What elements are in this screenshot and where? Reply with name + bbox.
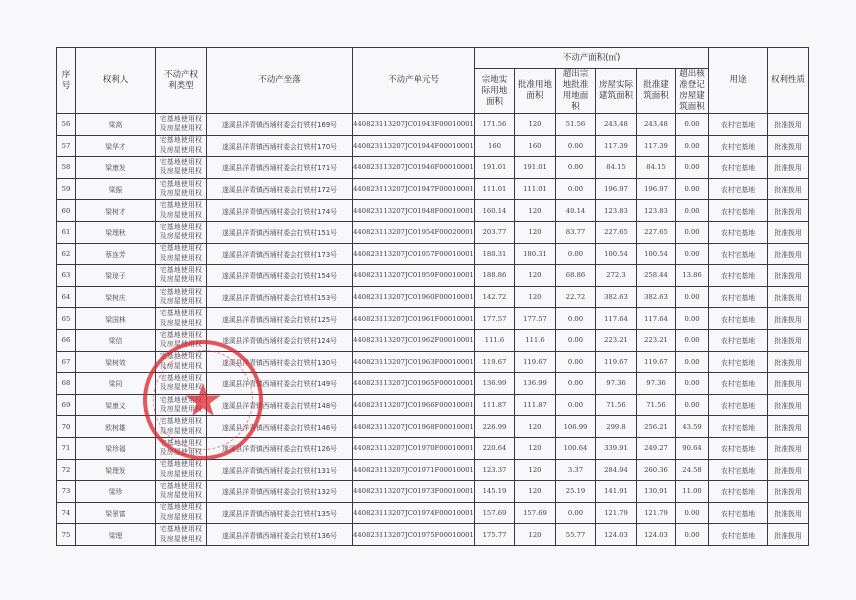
row-actual-land-area: 160 [475, 135, 515, 157]
row-owner: 欧树雄 [76, 416, 156, 438]
row-excess-land-area: 0.00 [556, 502, 596, 524]
row-unit-no: 440823113207JC01943F00010001 [353, 114, 475, 136]
row-actual-land-area: 111.6 [475, 329, 515, 351]
row-approved-land-area: 191.01 [515, 157, 556, 179]
row-excess-land-area: 0.00 [556, 351, 596, 373]
row-actual-land-area: 175.77 [475, 524, 515, 546]
table-row: 64梁树庆宅基地使用权及房屋使用权遂溪县洋青镇西埇村委会打铁村153号44082… [57, 286, 809, 308]
row-nature: 批准拨用 [768, 178, 809, 200]
row-seq: 70 [57, 416, 76, 438]
row-approved-building-area: 382.63 [637, 286, 676, 308]
row-right-type: 宅基地使用权及房屋使用权 [156, 351, 207, 373]
row-excess-building-area: 0.00 [676, 135, 709, 157]
row-actual-building-area: 227.65 [596, 221, 637, 243]
row-excess-building-area: 0.00 [676, 243, 709, 265]
row-excess-land-area: 106.99 [556, 416, 596, 438]
row-actual-land-area: 111.87 [475, 394, 515, 416]
row-usage: 农村宅基地 [709, 200, 768, 222]
row-approved-land-area: 120 [515, 286, 556, 308]
row-approved-building-area: 249.27 [637, 437, 676, 459]
table-row: 73梁珍宅基地使用权及房屋使用权遂溪县洋青镇西埇村委会打铁村132号440823… [57, 481, 809, 503]
table-row: 65梁国林宅基地使用权及房屋使用权遂溪县洋青镇西埇村委会打铁村125号44082… [57, 308, 809, 330]
row-nature: 批准拨用 [768, 286, 809, 308]
row-approved-land-area: 120 [515, 200, 556, 222]
header-approved-land-area: 批准用地面积 [515, 69, 556, 114]
table-row: 60梁树才宅基地使用权及房屋使用权遂溪县洋青镇西埇村委会打铁村174号44082… [57, 200, 809, 222]
row-seq: 72 [57, 459, 76, 481]
row-usage: 农村宅基地 [709, 373, 768, 395]
row-approved-land-area: 120 [515, 221, 556, 243]
row-excess-building-area: 0.00 [676, 200, 709, 222]
row-owner: 梁康发 [76, 157, 156, 179]
row-actual-land-area: 157.69 [475, 502, 515, 524]
row-right-type: 宅基地使用权及房屋使用权 [156, 481, 207, 503]
table-row: 62蔡连芳宅基地使用权及房屋使用权遂溪县洋青镇西埇村委会打铁村173号44082… [57, 243, 809, 265]
row-usage: 农村宅基地 [709, 394, 768, 416]
row-usage: 农村宅基地 [709, 243, 768, 265]
row-nature: 批准拨用 [768, 437, 809, 459]
row-location: 遂溪县洋青镇西埇村委会打铁村135号 [207, 502, 353, 524]
header-seq: 序号 [57, 48, 76, 114]
row-usage: 农村宅基地 [709, 178, 768, 200]
row-approved-building-area: 243.48 [637, 114, 676, 136]
row-nature: 批准拨用 [768, 351, 809, 373]
table-row: 56梁高宅基地使用权及房屋使用权遂溪县洋青镇西埇村委会打铁村169号440823… [57, 114, 809, 136]
register-rows: 56梁高宅基地使用权及房屋使用权遂溪县洋青镇西埇村委会打铁村169号440823… [57, 114, 809, 546]
row-approved-land-area: 180.31 [515, 243, 556, 265]
row-unit-no: 440823113207JC01960F00010001 [353, 286, 475, 308]
row-unit-no: 440823113207JC01948F00010001 [353, 200, 475, 222]
row-approved-land-area: 160 [515, 135, 556, 157]
row-unit-no: 440823113207JC01946F00010001 [353, 157, 475, 179]
row-excess-land-area: 68.86 [556, 265, 596, 287]
row-excess-land-area: 83.77 [556, 221, 596, 243]
row-location: 遂溪县洋青镇西埇村委会打铁村153号 [207, 286, 353, 308]
row-excess-land-area: 100.64 [556, 437, 596, 459]
row-nature: 批准拨用 [768, 416, 809, 438]
table-row: 63梁琼子宅基地使用权及房屋使用权遂溪县洋青镇西埇村委会打铁村154号44082… [57, 265, 809, 287]
row-excess-building-area: 11.00 [676, 481, 709, 503]
row-owner: 梁国林 [76, 308, 156, 330]
row-location: 遂溪县洋青镇西埇村委会打铁村136号 [207, 524, 353, 546]
header-area-group: 不动产面积(㎡) [475, 48, 709, 69]
row-excess-building-area: 0.00 [676, 178, 709, 200]
row-excess-building-area: 90.64 [676, 437, 709, 459]
row-nature: 批准拨用 [768, 221, 809, 243]
row-approved-building-area: 71.56 [637, 394, 676, 416]
row-owner: 蔡连芳 [76, 243, 156, 265]
row-actual-building-area: 100.54 [596, 243, 637, 265]
row-right-type: 宅基地使用权及房屋使用权 [156, 329, 207, 351]
row-location: 遂溪县洋青镇西埇村委会打铁村172号 [207, 178, 353, 200]
row-unit-no: 440823113207JC01968F00010001 [353, 416, 475, 438]
row-actual-land-area: 203.77 [475, 221, 515, 243]
row-actual-land-area: 136.99 [475, 373, 515, 395]
row-seq: 73 [57, 481, 76, 503]
row-excess-building-area: 0.00 [676, 114, 709, 136]
row-nature: 批准拨用 [768, 157, 809, 179]
row-excess-land-area: 0.00 [556, 329, 596, 351]
row-location: 遂溪县洋青镇西埇村委会打铁村171号 [207, 157, 353, 179]
row-approved-land-area: 157.69 [515, 502, 556, 524]
header-owner: 权利人 [76, 48, 156, 114]
row-seq: 59 [57, 178, 76, 200]
row-right-type: 宅基地使用权及房屋使用权 [156, 200, 207, 222]
row-actual-building-area: 121.79 [596, 502, 637, 524]
row-excess-building-area: 0.00 [676, 308, 709, 330]
row-approved-land-area: 120 [515, 114, 556, 136]
row-seq: 74 [57, 502, 76, 524]
row-approved-land-area: 111.01 [515, 178, 556, 200]
row-actual-building-area: 196.97 [596, 178, 637, 200]
row-usage: 农村宅基地 [709, 308, 768, 330]
row-approved-land-area: 120 [515, 481, 556, 503]
row-nature: 批准拨用 [768, 200, 809, 222]
row-usage: 农村宅基地 [709, 481, 768, 503]
row-usage: 农村宅基地 [709, 502, 768, 524]
row-approved-land-area: 177.57 [515, 308, 556, 330]
row-usage: 农村宅基地 [709, 265, 768, 287]
row-actual-building-area: 84.15 [596, 157, 637, 179]
row-nature: 批准拨用 [768, 243, 809, 265]
row-actual-building-area: 71.56 [596, 394, 637, 416]
row-location: 遂溪县洋青镇西埇村委会打铁村149号 [207, 373, 353, 395]
row-excess-land-area: 0.00 [556, 373, 596, 395]
row-seq: 65 [57, 308, 76, 330]
row-approved-building-area: 117.39 [637, 135, 676, 157]
row-right-type: 宅基地使用权及房屋使用权 [156, 437, 207, 459]
row-actual-building-area: 272.3 [596, 265, 637, 287]
row-excess-building-area: 0.00 [676, 221, 709, 243]
row-location: 遂溪县洋青镇西埇村委会打铁村170号 [207, 135, 353, 157]
row-unit-no: 440823113207JC01970F00010001 [353, 437, 475, 459]
table-row: 59梁振宅基地使用权及房屋使用权遂溪县洋青镇西埇村委会打铁村172号440823… [57, 178, 809, 200]
row-approved-land-area: 136.99 [515, 373, 556, 395]
row-location: 遂溪县洋青镇西埇村委会打铁村131号 [207, 459, 353, 481]
row-excess-building-area: 0.00 [676, 157, 709, 179]
row-seq: 60 [57, 200, 76, 222]
row-seq: 68 [57, 373, 76, 395]
row-nature: 批准拨用 [768, 373, 809, 395]
row-approved-building-area: 196.97 [637, 178, 676, 200]
row-actual-building-area: 117.39 [596, 135, 637, 157]
row-unit-no: 440823113207JC01963F00010001 [353, 351, 475, 373]
header-excess-land-area: 超出宗地批准用地面积 [556, 69, 596, 114]
row-seq: 66 [57, 329, 76, 351]
row-excess-land-area: 25.19 [556, 481, 596, 503]
header-actual-land-area: 宗地实际用地面积 [475, 69, 515, 114]
row-excess-land-area: 40.14 [556, 200, 596, 222]
row-excess-land-area: 0.00 [556, 135, 596, 157]
row-seq: 67 [57, 351, 76, 373]
row-right-type: 宅基地使用权及房屋使用权 [156, 394, 207, 416]
row-location: 遂溪县洋青镇西埇村委会打铁村148号 [207, 394, 353, 416]
header-actual-building-area: 房屋实际建筑面积 [596, 69, 637, 114]
header-usage: 用途 [709, 48, 768, 114]
row-nature: 批准拨用 [768, 502, 809, 524]
header-approved-building-area: 批准建筑面积 [637, 69, 676, 114]
row-actual-land-area: 145.19 [475, 481, 515, 503]
row-nature: 批准拨用 [768, 459, 809, 481]
table-row: 68梁同宅基地使用权及房屋使用权遂溪县洋青镇西埇村委会打铁村149号440823… [57, 373, 809, 395]
row-approved-building-area: 100.54 [637, 243, 676, 265]
row-location: 遂溪县洋青镇西埇村委会打铁村151号 [207, 221, 353, 243]
table-row: 71梁珍福宅基地使用权及房屋使用权遂溪县洋青镇西埇村委会打铁村126号44082… [57, 437, 809, 459]
row-location: 遂溪县洋青镇西埇村委会打铁村124号 [207, 329, 353, 351]
row-usage: 农村宅基地 [709, 524, 768, 546]
row-approved-land-area: 111.6 [515, 329, 556, 351]
row-unit-no: 440823113207JC01962F00010001 [353, 329, 475, 351]
row-usage: 农村宅基地 [709, 135, 768, 157]
row-right-type: 宅基地使用权及房屋使用权 [156, 135, 207, 157]
row-excess-building-area: 0.00 [676, 524, 709, 546]
row-nature: 批准拨用 [768, 135, 809, 157]
row-unit-no: 440823113207JC01975F00010001 [353, 524, 475, 546]
row-excess-building-area: 13.86 [676, 265, 709, 287]
row-unit-no: 440823113207JC01961F00010001 [353, 308, 475, 330]
row-unit-no: 440823113207JC01954F00020001 [353, 221, 475, 243]
row-actual-building-area: 97.36 [596, 373, 637, 395]
row-location: 遂溪县洋青镇西埇村委会打铁村146号 [207, 416, 353, 438]
row-right-type: 宅基地使用权及房屋使用权 [156, 524, 207, 546]
row-actual-building-area: 339.91 [596, 437, 637, 459]
row-usage: 农村宅基地 [709, 459, 768, 481]
row-right-type: 宅基地使用权及房屋使用权 [156, 157, 207, 179]
row-unit-no: 440823113207JC01965F00010001 [353, 373, 475, 395]
table-row: 70欧树雄宅基地使用权及房屋使用权遂溪县洋青镇西埇村委会打铁村146号44082… [57, 416, 809, 438]
row-excess-building-area: 0.00 [676, 373, 709, 395]
row-location: 遂溪县洋青镇西埇村委会打铁村126号 [207, 437, 353, 459]
table-row: 58梁康发宅基地使用权及房屋使用权遂溪县洋青镇西埇村委会打铁村171号44082… [57, 157, 809, 179]
row-right-type: 宅基地使用权及房屋使用权 [156, 286, 207, 308]
row-unit-no: 440823113207JC01957F00010001 [353, 243, 475, 265]
row-unit-no: 440823113207JC01971F00010001 [353, 459, 475, 481]
row-usage: 农村宅基地 [709, 329, 768, 351]
row-usage: 农村宅基地 [709, 114, 768, 136]
document-page: 序号 权利人 不动产权利类型 不动产坐落 不动产单元号 不动产面积(㎡) 用途 … [0, 0, 856, 600]
row-excess-land-area: 3.37 [556, 459, 596, 481]
row-actual-land-area: 160.14 [475, 200, 515, 222]
row-excess-land-area: 22.72 [556, 286, 596, 308]
row-owner: 梁理秋 [76, 221, 156, 243]
row-approved-land-area: 119.67 [515, 351, 556, 373]
table-row: 72梁理发宅基地使用权及房屋使用权遂溪县洋青镇西埇村委会打铁村131号44082… [57, 459, 809, 481]
row-right-type: 宅基地使用权及房屋使用权 [156, 502, 207, 524]
row-right-type: 宅基地使用权及房屋使用权 [156, 243, 207, 265]
row-unit-no: 440823113207JC01966F00010001 [353, 394, 475, 416]
row-actual-land-area: 111.01 [475, 178, 515, 200]
row-excess-land-area: 51.56 [556, 114, 596, 136]
table-row: 75梁理宅基地使用权及房屋使用权遂溪县洋青镇西埇村委会打铁村136号440823… [57, 524, 809, 546]
row-excess-land-area: 0.00 [556, 243, 596, 265]
row-owner: 梁康义 [76, 394, 156, 416]
row-owner: 梁华才 [76, 135, 156, 157]
row-actual-land-area: 123.37 [475, 459, 515, 481]
row-right-type: 宅基地使用权及房屋使用权 [156, 416, 207, 438]
row-approved-building-area: 130.91 [637, 481, 676, 503]
row-owner: 梁同 [76, 373, 156, 395]
row-approved-building-area: 97.36 [637, 373, 676, 395]
table-row: 66梁信宅基地使用权及房屋使用权遂溪县洋青镇西埇村委会打铁村124号440823… [57, 329, 809, 351]
row-actual-building-area: 124.03 [596, 524, 637, 546]
header-excess-building-area: 超出核准登记房屋建筑面积 [676, 69, 709, 114]
row-owner: 梁树庆 [76, 286, 156, 308]
row-owner: 梁景富 [76, 502, 156, 524]
row-right-type: 宅基地使用权及房屋使用权 [156, 221, 207, 243]
table-row: 57梁华才宅基地使用权及房屋使用权遂溪县洋青镇西埇村委会打铁村170号44082… [57, 135, 809, 157]
row-approved-building-area: 121.79 [637, 502, 676, 524]
row-actual-land-area: 226.99 [475, 416, 515, 438]
row-excess-building-area: 0.00 [676, 286, 709, 308]
row-usage: 农村宅基地 [709, 416, 768, 438]
row-approved-land-area: 120 [515, 416, 556, 438]
row-actual-building-area: 243.48 [596, 114, 637, 136]
header-unit-no: 不动产单元号 [353, 48, 475, 114]
row-seq: 62 [57, 243, 76, 265]
row-owner: 梁高 [76, 114, 156, 136]
row-owner: 梁树效 [76, 351, 156, 373]
row-owner: 梁振 [76, 178, 156, 200]
header-location: 不动产坐落 [207, 48, 353, 114]
row-approved-land-area: 120 [515, 437, 556, 459]
row-right-type: 宅基地使用权及房屋使用权 [156, 308, 207, 330]
row-nature: 批准拨用 [768, 114, 809, 136]
row-actual-land-area: 188.86 [475, 265, 515, 287]
row-owner: 梁信 [76, 329, 156, 351]
row-actual-building-area: 223.21 [596, 329, 637, 351]
row-excess-land-area: 0.00 [556, 157, 596, 179]
table-row: 61梁理秋宅基地使用权及房屋使用权遂溪县洋青镇西埇村委会打铁村151号44082… [57, 221, 809, 243]
row-location: 遂溪县洋青镇西埇村委会打铁村130号 [207, 351, 353, 373]
row-excess-land-area: 0.00 [556, 308, 596, 330]
row-actual-land-area: 171.56 [475, 114, 515, 136]
row-excess-building-area: 43.59 [676, 416, 709, 438]
row-excess-land-area: 0.00 [556, 178, 596, 200]
row-actual-land-area: 180.31 [475, 243, 515, 265]
row-owner: 梁珍 [76, 481, 156, 503]
row-actual-land-area: 142.72 [475, 286, 515, 308]
header-nature: 权利性质 [768, 48, 809, 114]
row-actual-land-area: 220.64 [475, 437, 515, 459]
row-owner: 梁理 [76, 524, 156, 546]
row-excess-building-area: 24.58 [676, 459, 709, 481]
row-owner: 梁珍福 [76, 437, 156, 459]
row-approved-building-area: 117.64 [637, 308, 676, 330]
row-excess-land-area: 55.77 [556, 524, 596, 546]
row-approved-land-area: 120 [515, 524, 556, 546]
row-actual-building-area: 284.94 [596, 459, 637, 481]
table-row: 74梁景富宅基地使用权及房屋使用权遂溪县洋青镇西埇村委会打铁村135号44082… [57, 502, 809, 524]
row-unit-no: 440823113207JC01959F00010001 [353, 265, 475, 287]
row-actual-building-area: 299.8 [596, 416, 637, 438]
row-usage: 农村宅基地 [709, 351, 768, 373]
row-actual-building-area: 119.67 [596, 351, 637, 373]
row-seq: 63 [57, 265, 76, 287]
row-seq: 71 [57, 437, 76, 459]
row-nature: 批准拨用 [768, 329, 809, 351]
row-approved-building-area: 124.03 [637, 524, 676, 546]
row-location: 遂溪县洋青镇西埇村委会打铁村174号 [207, 200, 353, 222]
row-seq: 64 [57, 286, 76, 308]
row-actual-land-area: 119.67 [475, 351, 515, 373]
row-usage: 农村宅基地 [709, 286, 768, 308]
row-actual-building-area: 123.83 [596, 200, 637, 222]
row-approved-land-area: 120 [515, 265, 556, 287]
row-nature: 批准拨用 [768, 308, 809, 330]
row-usage: 农村宅基地 [709, 221, 768, 243]
row-approved-building-area: 223.21 [637, 329, 676, 351]
row-excess-building-area: 0.00 [676, 502, 709, 524]
row-nature: 批准拨用 [768, 265, 809, 287]
row-actual-land-area: 191.01 [475, 157, 515, 179]
row-location: 遂溪县洋青镇西埇村委会打铁村173号 [207, 243, 353, 265]
row-nature: 批准拨用 [768, 481, 809, 503]
row-location: 遂溪县洋青镇西埇村委会打铁村125号 [207, 308, 353, 330]
row-approved-building-area: 119.67 [637, 351, 676, 373]
row-owner: 梁理发 [76, 459, 156, 481]
row-location: 遂溪县洋青镇西埇村委会打铁村154号 [207, 265, 353, 287]
row-seq: 61 [57, 221, 76, 243]
row-right-type: 宅基地使用权及房屋使用权 [156, 114, 207, 136]
row-right-type: 宅基地使用权及房屋使用权 [156, 265, 207, 287]
property-register-table: 序号 权利人 不动产权利类型 不动产坐落 不动产单元号 不动产面积(㎡) 用途 … [56, 47, 809, 546]
table-row: 69梁康义宅基地使用权及房屋使用权遂溪县洋青镇西埇村委会打铁村148号44082… [57, 394, 809, 416]
row-seq: 69 [57, 394, 76, 416]
row-unit-no: 440823113207JC01944F00010001 [353, 135, 475, 157]
row-unit-no: 440823113207JC01974F00010001 [353, 502, 475, 524]
row-approved-building-area: 256.21 [637, 416, 676, 438]
row-approved-land-area: 111.87 [515, 394, 556, 416]
row-actual-building-area: 382.63 [596, 286, 637, 308]
row-owner: 梁琼子 [76, 265, 156, 287]
row-location: 遂溪县洋青镇西埇村委会打铁村132号 [207, 481, 353, 503]
row-right-type: 宅基地使用权及房屋使用权 [156, 373, 207, 395]
row-excess-building-area: 0.00 [676, 394, 709, 416]
row-nature: 批准拨用 [768, 394, 809, 416]
row-right-type: 宅基地使用权及房屋使用权 [156, 459, 207, 481]
row-unit-no: 440823113207JC01947F00010001 [353, 178, 475, 200]
row-nature: 批准拨用 [768, 524, 809, 546]
row-actual-land-area: 177.57 [475, 308, 515, 330]
row-approved-building-area: 260.36 [637, 459, 676, 481]
row-approved-building-area: 227.65 [637, 221, 676, 243]
row-approved-building-area: 258.44 [637, 265, 676, 287]
row-owner: 梁树才 [76, 200, 156, 222]
header-right-type: 不动产权利类型 [156, 48, 207, 114]
row-excess-building-area: 0.00 [676, 329, 709, 351]
row-unit-no: 440823113207JC01973F00010001 [353, 481, 475, 503]
row-location: 遂溪县洋青镇西埇村委会打铁村169号 [207, 114, 353, 136]
row-actual-building-area: 141.91 [596, 481, 637, 503]
row-seq: 56 [57, 114, 76, 136]
row-seq: 58 [57, 157, 76, 179]
table-row: 67梁树效宅基地使用权及房屋使用权遂溪县洋青镇西埇村委会打铁村130号44082… [57, 351, 809, 373]
row-seq: 57 [57, 135, 76, 157]
row-actual-building-area: 117.64 [596, 308, 637, 330]
row-excess-land-area: 0.00 [556, 394, 596, 416]
row-excess-building-area: 0.00 [676, 351, 709, 373]
row-usage: 农村宅基地 [709, 437, 768, 459]
row-approved-building-area: 123.83 [637, 200, 676, 222]
row-approved-land-area: 120 [515, 459, 556, 481]
row-seq: 75 [57, 524, 76, 546]
row-right-type: 宅基地使用权及房屋使用权 [156, 178, 207, 200]
row-usage: 农村宅基地 [709, 157, 768, 179]
row-approved-building-area: 84.15 [637, 157, 676, 179]
